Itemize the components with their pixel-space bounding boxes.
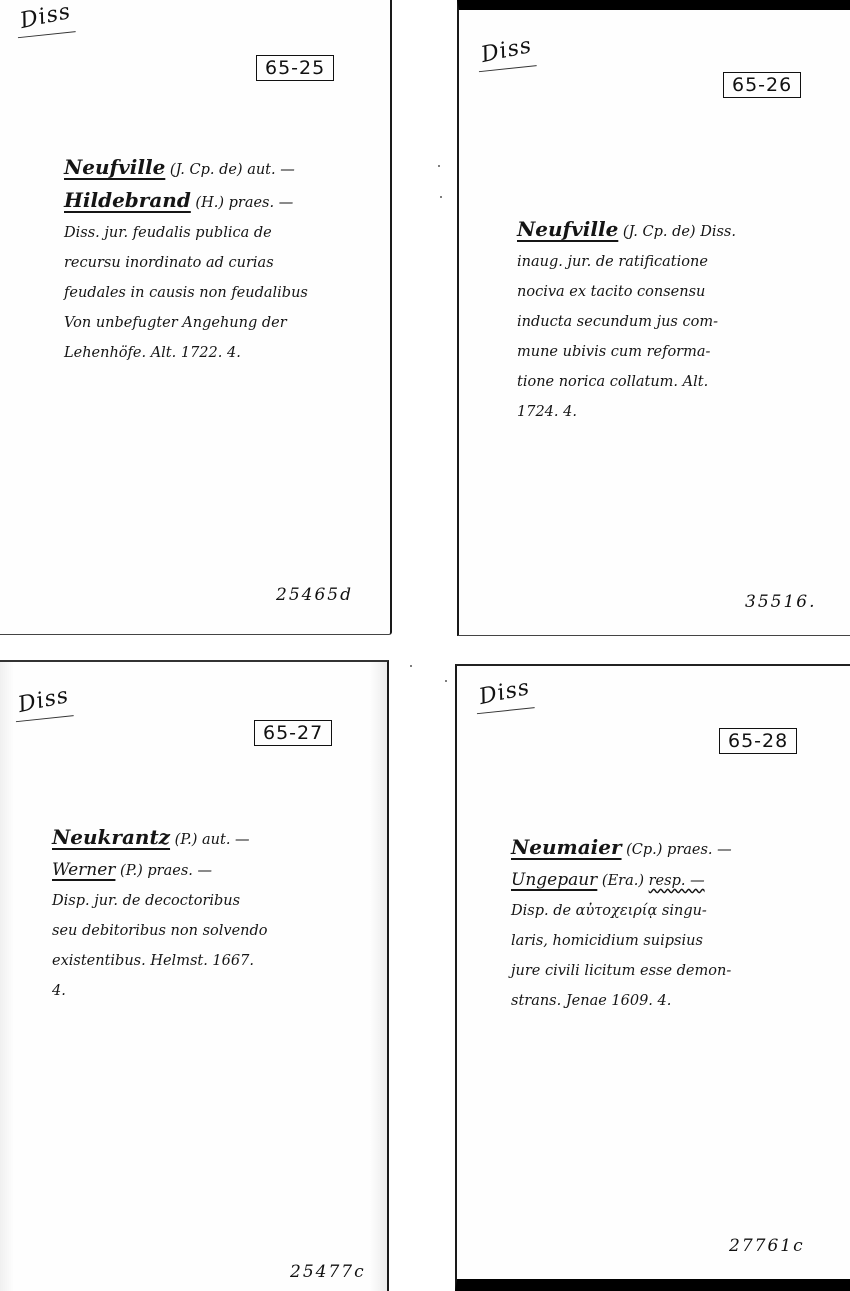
title-line: Diss. jur. feudalis publica de [64,218,308,248]
scan-speck [440,196,442,198]
scan-speck [410,665,412,667]
praeses-role: (Cp.) praes. — [626,842,732,858]
call-number-box: 65-26 [723,72,801,98]
respondent-name: Ungepaur [511,870,597,890]
catalog-entry: Neufville (J. Cp. de) aut. — Hildebrand … [64,152,308,368]
accession-number: 27761c [729,1236,805,1256]
catalog-entry: Neumaier (Cp.) praes. — Ungepaur (Era.) … [511,832,732,1016]
author-role: (J. Cp. de) Diss. [623,224,736,240]
author-name: Neufville [64,155,165,179]
title-line: inaug. jur. de ratificatione [517,247,736,277]
title-line: feudales in causis non feudalibus [64,278,308,308]
praeses-role: (H.) praes. — [195,195,293,211]
heading-line-2: Ungepaur (Era.) resp. — [511,865,732,896]
respondent-initial: (Era.) [602,873,644,889]
heading-line-2: Werner (P.) praes. — [52,855,268,886]
author-name: Neukrantz [52,825,170,849]
accession-number: 25477c [290,1262,366,1282]
call-number-box: 65-27 [254,720,332,746]
catalog-card-65-27: Diss 65-27 Neukrantz (P.) aut. — Werner … [0,660,389,1291]
title-line: jure civili licitum esse demon- [511,956,732,986]
accession-number: 35516. [745,592,816,612]
catalog-card-65-28: Diss 65-28 Neumaier (Cp.) praes. — Ungep… [455,664,850,1291]
title-line: inducta secundum jus com- [517,307,736,337]
catalog-entry: Neukrantz (P.) aut. — Werner (P.) praes.… [52,822,268,1006]
praeses-name: Hildebrand [64,188,191,212]
title-line: 1724. 4. [517,397,736,427]
title-line: Lehenhöfe. Alt. 1722. 4. [64,338,308,368]
author-name: Neufville [517,217,618,241]
call-number-box: 65-25 [256,55,334,81]
title-line: tione norica collatum. Alt. [517,367,736,397]
catalog-entry: Neufville (J. Cp. de) Diss. inaug. jur. … [517,214,736,427]
author-role: (P.) aut. — [175,832,250,848]
praeses-name: Neumaier [511,835,622,859]
scan-speck [438,165,440,167]
scan-speck [445,680,447,682]
title-line: Von unbefugter Angehung der [64,308,308,338]
title-line: existentibus. Helmst. 1667. [52,946,268,976]
diss-mark: Diss [479,33,534,68]
title-line: Disp. jur. de decoctoribus [52,886,268,916]
heading-line-1: Neufville (J. Cp. de) aut. — [64,152,308,185]
title-line: 4. [52,976,268,1006]
author-role: (J. Cp. de) aut. — [170,162,295,178]
title-line: recursu inordinato ad curias [64,248,308,278]
accession-number: 25465d [276,585,353,605]
diss-mark: Diss [18,0,73,34]
title-line: laris, homicidium suipsius [511,926,732,956]
title-line: seu debitoribus non solvendo [52,916,268,946]
catalog-card-65-26: Diss 65-26 Neufville (J. Cp. de) Diss. i… [457,0,850,636]
heading-line-2: Hildebrand (H.) praes. — [64,185,308,218]
title-line: mune ubivis cum reforma- [517,337,736,367]
diss-mark: Diss [16,683,71,718]
title-line: strans. Jenae 1609. 4. [511,986,732,1016]
heading-line-1: Neumaier (Cp.) praes. — [511,832,732,865]
praeses-name: Werner [52,860,115,880]
diss-mark: Diss [477,675,532,710]
heading-line-1: Neufville (J. Cp. de) Diss. [517,214,736,247]
call-number-box: 65-28 [719,728,797,754]
heading-line-1: Neukrantz (P.) aut. — [52,822,268,855]
catalog-card-65-25: Diss 65-25 Neufville (J. Cp. de) aut. — … [0,0,392,635]
praeses-role: (P.) praes. — [120,863,212,879]
title-line: nociva ex tacito consensu [517,277,736,307]
respondent-role: resp. — [649,873,705,889]
title-line: Disp. de αὐτοχειρίᾳ singu- [511,896,732,926]
